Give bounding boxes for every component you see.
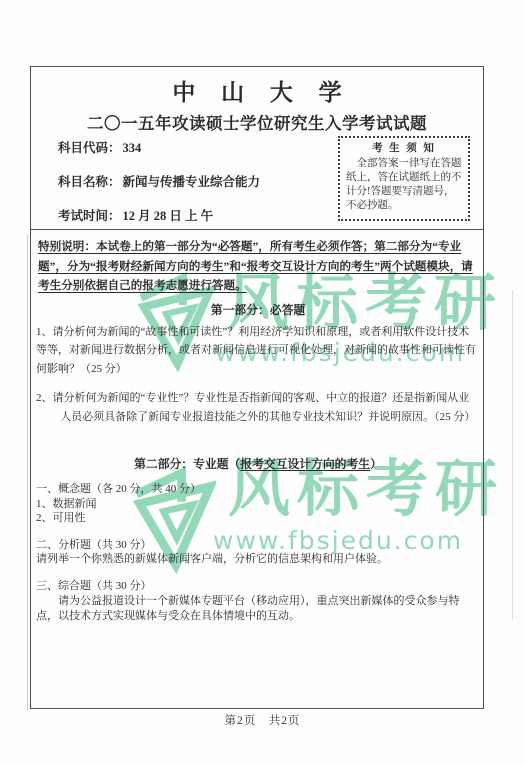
- comprehensive-question-body: 请为公益报道设计一个新媒体专题平台（移动应用），重点突出新媒体的受众参与特点，以…: [36, 594, 480, 624]
- special-instructions: 特别说明：本试卷上的第一部分为“必答题”，所有考生必须作答；第二部分为“专业题”…: [38, 237, 480, 296]
- candidate-notice-box: 考 生 须 知 全部答案一律写在答题纸上，答在试题纸上的不计分!答题要写清题号，…: [338, 136, 470, 221]
- analysis-question-block: 二、分析题（共 30 分） 请列举一个你熟悉的新媒体新闻客户端，分析它的信息架构…: [36, 538, 480, 568]
- scanned-exam-page: 风标考研 www.fbsjedu.com 风标考研 www.fbsjedu.co…: [0, 0, 525, 764]
- subject-name-row: 科目名称：新闻与传播专业综合能力: [58, 172, 260, 190]
- subject-code-label: 科目代码：: [58, 141, 121, 155]
- section1-heading: 第一部分：必答题: [36, 301, 480, 318]
- scan-edge-line-left: [27, 235, 28, 710]
- subject-name-value: 新闻与传播专业综合能力: [123, 175, 261, 189]
- exam-header-section: 中 山 大 学 二〇一五年攻读硕士学位研究生入学考试试题 科目代码：334 科目…: [31, 74, 483, 230]
- section2-heading-suffix: ）: [370, 457, 382, 471]
- scan-edge-line-right: [512, 290, 513, 620]
- exam-subtitle: 二〇一五年攻读硕士学位研究生入学考试试题: [31, 110, 483, 134]
- page-number-footer: 第2页 共2页: [0, 712, 525, 728]
- exam-body-section: 特别说明：本试卷上的第一部分为“必答题”，所有考生必须作答；第二部分为“专业题”…: [31, 230, 483, 624]
- concept-item-2: 2、可用性: [36, 511, 480, 526]
- comprehensive-question-block: 三、综合题（共 30 分） 请为公益报道设计一个新媒体专题平台（移动应用），重点…: [36, 579, 480, 624]
- section2-heading-prefix: 第二部分：专业题（: [134, 457, 240, 471]
- exam-frame: 中 山 大 学 二〇一五年攻读硕士学位研究生入学考试试题 科目代码：334 科目…: [30, 66, 484, 709]
- comprehensive-question-title: 三、综合题（共 30 分）: [36, 579, 480, 594]
- notice-body: 全部答案一律写在答题纸上，答在试题纸上的不计分!答题要写清题号，不必抄题。: [346, 157, 462, 213]
- concept-item-1: 1、数据新闻: [36, 497, 480, 512]
- subject-code-value: 334: [123, 141, 142, 155]
- exam-time-value: 12 月 28 日 上 午: [123, 209, 214, 223]
- exam-time-row: 考试时间：12 月 28 日 上 午: [58, 206, 260, 224]
- question-2: 2、请分析何为新闻的“专业性”？专业性是否指新闻的客观、中立的报道？还是指新闻从…: [36, 389, 480, 426]
- section2-heading: 第二部分：专业题（报考交互设计方向的考生）: [36, 455, 480, 472]
- exam-time-label: 考试时间：: [58, 209, 121, 223]
- analysis-question-title: 二、分析题（共 30 分）: [36, 538, 480, 553]
- concept-questions-block: 一、概念题（各 20 分，共 40 分） 1、数据新闻 2、可用性: [36, 482, 480, 526]
- notice-title: 考 生 须 知: [346, 142, 462, 156]
- subject-code-row: 科目代码：334: [58, 138, 260, 156]
- analysis-question-body: 请列举一个你熟悉的新媒体新闻客户端，分析它的信息架构和用户体验。: [36, 552, 480, 567]
- subject-name-label: 科目名称：: [58, 175, 121, 189]
- subject-fields: 科目代码：334 科目名称：新闻与传播专业综合能力 考试时间：12 月 28 日…: [58, 138, 260, 240]
- university-title: 中 山 大 学: [31, 74, 483, 107]
- concept-questions-title: 一、概念题（各 20 分，共 40 分）: [36, 482, 480, 497]
- section2-heading-underlined: 报考交互设计方向的考生: [240, 457, 370, 471]
- question-1: 1、请分析何为新闻的“故事性和可读性”？利用经济学知识和原理，或者利用软件设计技…: [36, 323, 480, 379]
